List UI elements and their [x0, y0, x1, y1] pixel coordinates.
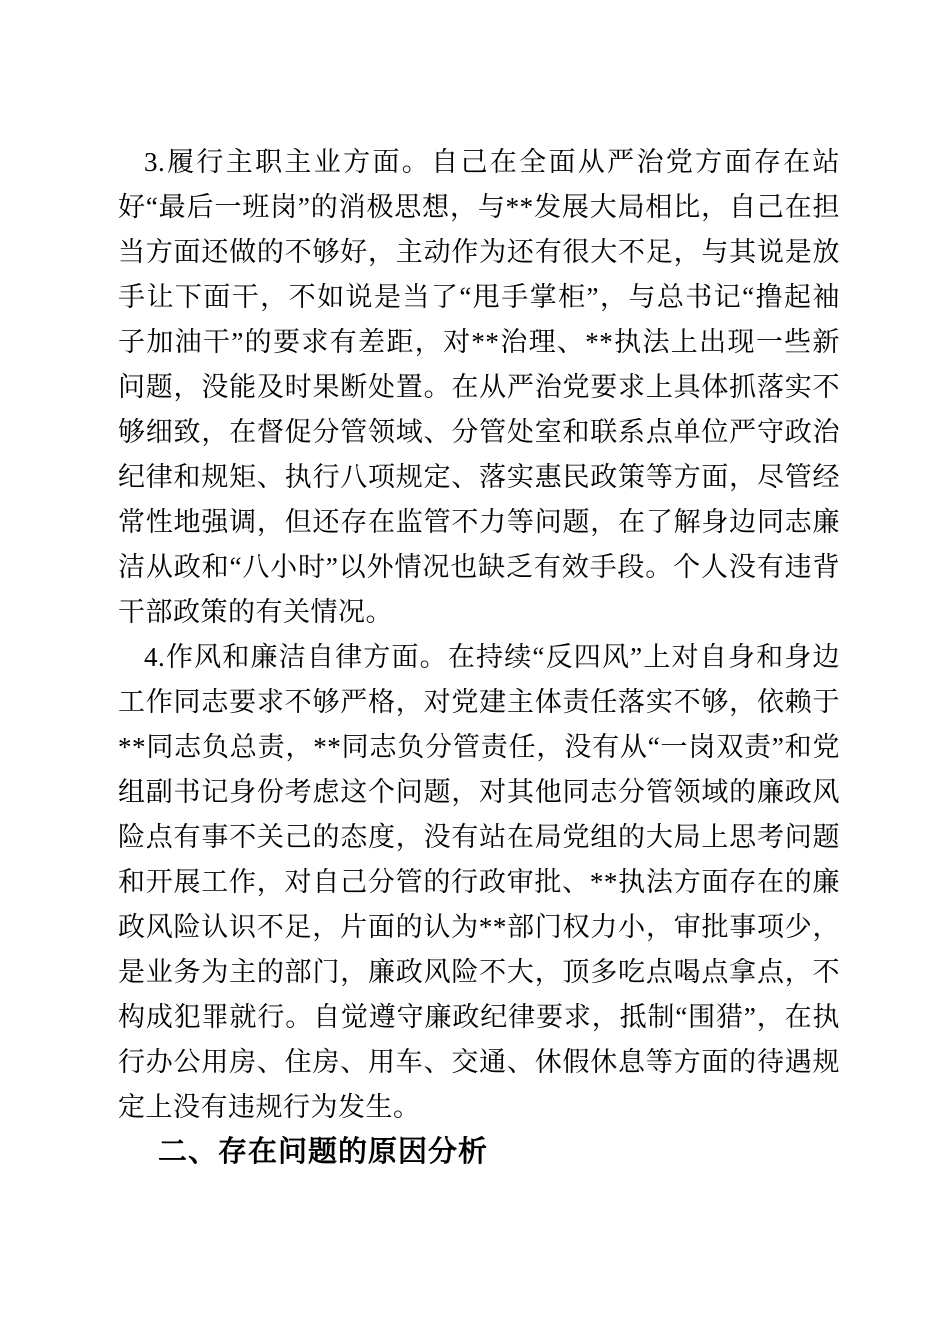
document-page: 3.履行主职主业方面。自己在全面从严治党方面存在站好“最后一班岗”的消极思想，与… — [0, 0, 950, 1344]
section-heading-cause-analysis: 二、存在问题的原因分析 — [118, 1130, 840, 1175]
paragraph-item-4: 4.作风和廉洁自律方面。在持续“反四风”上对自身和身边工作同志要求不够严格，对党… — [118, 635, 840, 1130]
paragraph-item-3: 3.履行主职主业方面。自己在全面从严治党方面存在站好“最后一班岗”的消极思想，与… — [118, 140, 840, 635]
document-body: 3.履行主职主业方面。自己在全面从严治党方面存在站好“最后一班岗”的消极思想，与… — [118, 140, 840, 1175]
